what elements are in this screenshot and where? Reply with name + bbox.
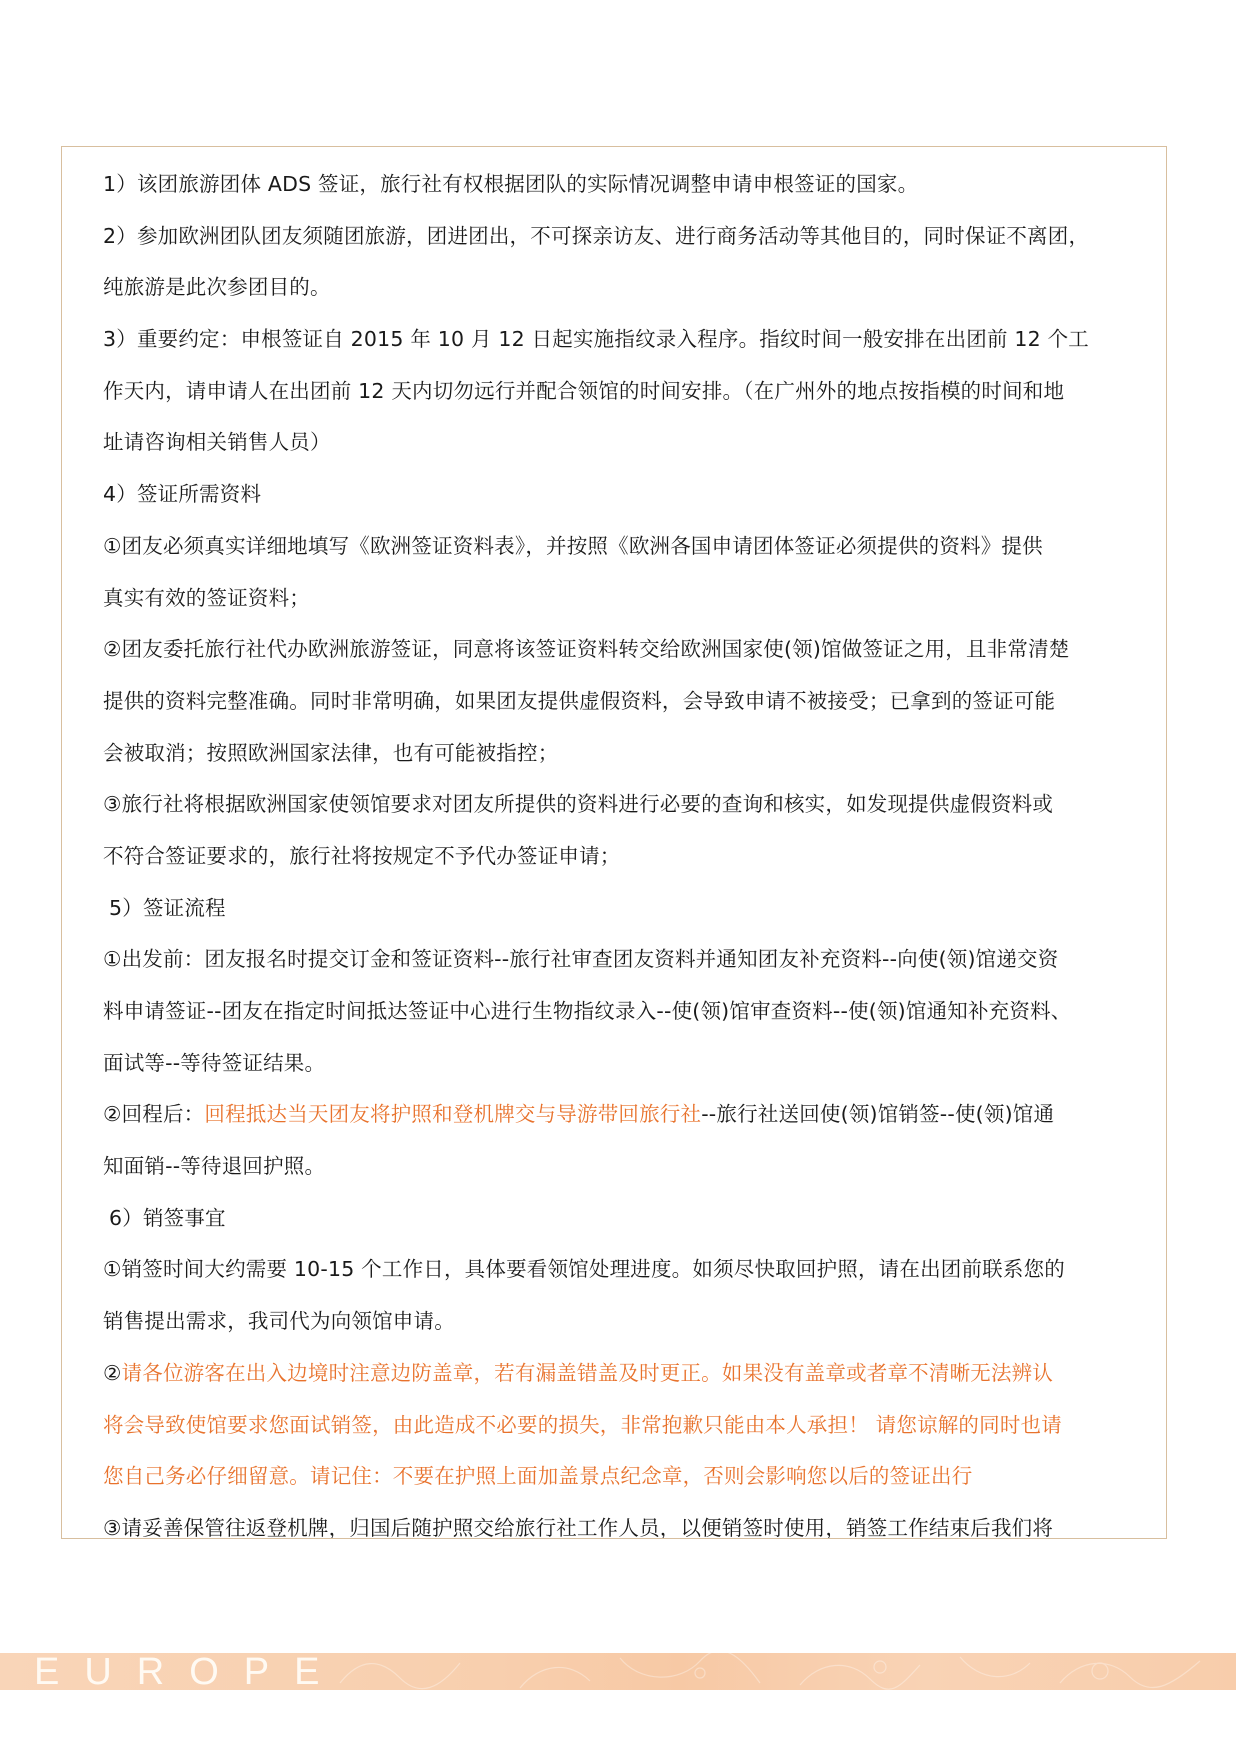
text-line: 提供的资料完整准确。同时非常明确，如果团友提供虚假资料，会导致申请不被接受；已拿… <box>103 676 1123 728</box>
text-line: ③请妥善保管往返登机牌，归国后随护照交给旅行社工作人员，以便销签时使用，销签工作… <box>103 1503 1123 1539</box>
body-text: 知面销--等待退回护照。 <box>103 1154 325 1178</box>
body-text: ②团友委托旅行社代办欧洲旅游签证，同意将该签证资料转交给欧洲国家使(领)馆做签证… <box>103 637 1069 661</box>
text-line: ①团友必须真实详细地填写《欧洲签证资料表》，并按照《欧洲各国申请团体签证必须提供… <box>103 521 1123 573</box>
text-line: 址请咨询相关销售人员） <box>103 417 1123 469</box>
body-text: 料申请签证--团友在指定时间抵达签证中心进行生物指纹录入--使(领)馆审查资料-… <box>103 999 1071 1023</box>
text-line: 1）该团旅游团体 ADS 签证，旅行社有权根据团队的实际情况调整申请申根签证的国… <box>103 159 1123 211</box>
text-line: 销售提出需求，我司代为向领馆申请。 <box>103 1296 1123 1348</box>
notice-frame: 1）该团旅游团体 ADS 签证，旅行社有权根据团队的实际情况调整申请申根签证的国… <box>61 146 1167 1539</box>
text-line: 4）签证所需资料 <box>103 469 1123 521</box>
text-line: 会被取消；按照欧洲国家法律，也有可能被指控； <box>103 728 1123 780</box>
body-text: 会被取消；按照欧洲国家法律，也有可能被指控； <box>103 741 558 765</box>
body-text: 真实有效的签证资料； <box>103 586 310 610</box>
body-text: --旅行社送回使(领)馆销签--使(领)馆通 <box>701 1102 1054 1126</box>
body-text: ②回程后： <box>103 1102 204 1126</box>
body-text: 作天内，请申请人在出团前 12 天内切勿远行并配合领馆的时间安排。（在广州外的地… <box>103 379 1064 403</box>
body-text: ② <box>103 1361 122 1385</box>
body-text: 纯旅游是此次参团目的。 <box>103 275 331 299</box>
text-line: 2）参加欧洲团队团友须随团旅游，团进团出，不可探亲访友、进行商务活动等其他目的，… <box>103 211 1123 263</box>
highlighted-text: 您自己务必仔细留意。请记住：不要在护照上面加盖景点纪念章，否则会影响您以后的签证… <box>103 1464 972 1488</box>
text-line: ③旅行社将根据欧洲国家使领馆要求对团友所提供的资料进行必要的查询和核实，如发现提… <box>103 779 1123 831</box>
text-line: 作天内，请申请人在出团前 12 天内切勿远行并配合领馆的时间安排。（在广州外的地… <box>103 366 1123 418</box>
body-text: 不符合签证要求的，旅行社将按规定不予代办签证申请； <box>103 844 621 868</box>
body-text: 址请咨询相关销售人员） <box>103 430 331 454</box>
body-text: 提供的资料完整准确。同时非常明确，如果团友提供虚假资料，会导致申请不被接受；已拿… <box>103 689 1055 713</box>
text-line: ②请各位游客在出入边境时注意边防盖章，若有漏盖错盖及时更正。如果没有盖章或者章不… <box>103 1348 1123 1400</box>
text-line: 5）签证流程 <box>103 883 1123 935</box>
notice-content: 1）该团旅游团体 ADS 签证，旅行社有权根据团队的实际情况调整申请申根签证的国… <box>103 159 1123 1539</box>
body-text: ③旅行社将根据欧洲国家使领馆要求对团友所提供的资料进行必要的查询和核实，如发现提… <box>103 792 1053 816</box>
text-line: 您自己务必仔细留意。请记住：不要在护照上面加盖景点纪念章，否则会影响您以后的签证… <box>103 1451 1123 1503</box>
footer-banner: EUROPE <box>0 1653 1236 1690</box>
body-text: 5）签证流程 <box>109 896 226 920</box>
text-line: 3）重要约定：申根签证自 2015 年 10 月 12 日起实施指纹录入程序。指… <box>103 314 1123 366</box>
text-line: 料申请签证--团友在指定时间抵达签证中心进行生物指纹录入--使(领)馆审查资料-… <box>103 986 1123 1038</box>
text-line: ①出发前：团友报名时提交订金和签证资料--旅行社审查团友资料并通知团友补充资料-… <box>103 934 1123 986</box>
text-line: 纯旅游是此次参团目的。 <box>103 262 1123 314</box>
body-text: ①销签时间大约需要 10-15 个工作日，具体要看领馆处理进度。如须尽快取回护照… <box>103 1257 1065 1281</box>
body-text: 3）重要约定：申根签证自 2015 年 10 月 12 日起实施指纹录入程序。指… <box>103 327 1089 351</box>
body-text: ①团友必须真实详细地填写《欧洲签证资料表》，并按照《欧洲各国申请团体签证必须提供… <box>103 534 1043 558</box>
body-text: 2）参加欧洲团队团友须随团旅游，团进团出，不可探亲访友、进行商务活动等其他目的，… <box>103 224 1089 248</box>
text-line: ②团友委托旅行社代办欧洲旅游签证，同意将该签证资料转交给欧洲国家使(领)馆做签证… <box>103 624 1123 676</box>
europe-banner-text: EUROPE <box>34 1653 344 1690</box>
text-line: 不符合签证要求的，旅行社将按规定不予代办签证申请； <box>103 831 1123 883</box>
text-line: ②回程后：回程抵达当天团友将护照和登机牌交与导游带回旅行社--旅行社送回使(领)… <box>103 1089 1123 1141</box>
text-line: 6）销签事宜 <box>103 1193 1123 1245</box>
text-line: 将会导致使馆要求您面试销签，由此造成不必要的损失，非常抱歉只能由本人承担！ 请您… <box>103 1400 1123 1452</box>
text-line: ①销签时间大约需要 10-15 个工作日，具体要看领馆处理进度。如须尽快取回护照… <box>103 1244 1123 1296</box>
highlighted-text: 将会导致使馆要求您面试销签，由此造成不必要的损失，非常抱歉只能由本人承担！ 请您… <box>103 1413 1062 1437</box>
body-text: ①出发前：团友报名时提交订金和签证资料--旅行社审查团友资料并通知团友补充资料-… <box>103 947 1058 971</box>
highlighted-text: 回程抵达当天团友将护照和登机牌交与导游带回旅行社 <box>204 1102 701 1126</box>
body-text: 销售提出需求，我司代为向领馆申请。 <box>103 1309 455 1333</box>
body-text: 面试等--等待签证结果。 <box>103 1051 325 1075</box>
highlighted-text: 请各位游客在出入边境时注意边防盖章，若有漏盖错盖及时更正。如果没有盖章或者章不清… <box>122 1361 1054 1385</box>
body-text: 6）销签事宜 <box>109 1206 226 1230</box>
body-text: 4）签证所需资料 <box>103 482 261 506</box>
text-line: 面试等--等待签证结果。 <box>103 1038 1123 1090</box>
body-text: 1）该团旅游团体 ADS 签证，旅行社有权根据团队的实际情况调整申请申根签证的国… <box>103 172 918 196</box>
body-text: ③请妥善保管往返登机牌，归国后随护照交给旅行社工作人员，以便销签时使用，销签工作… <box>103 1516 1053 1539</box>
text-line: 真实有效的签证资料； <box>103 573 1123 625</box>
text-line: 知面销--等待退回护照。 <box>103 1141 1123 1193</box>
